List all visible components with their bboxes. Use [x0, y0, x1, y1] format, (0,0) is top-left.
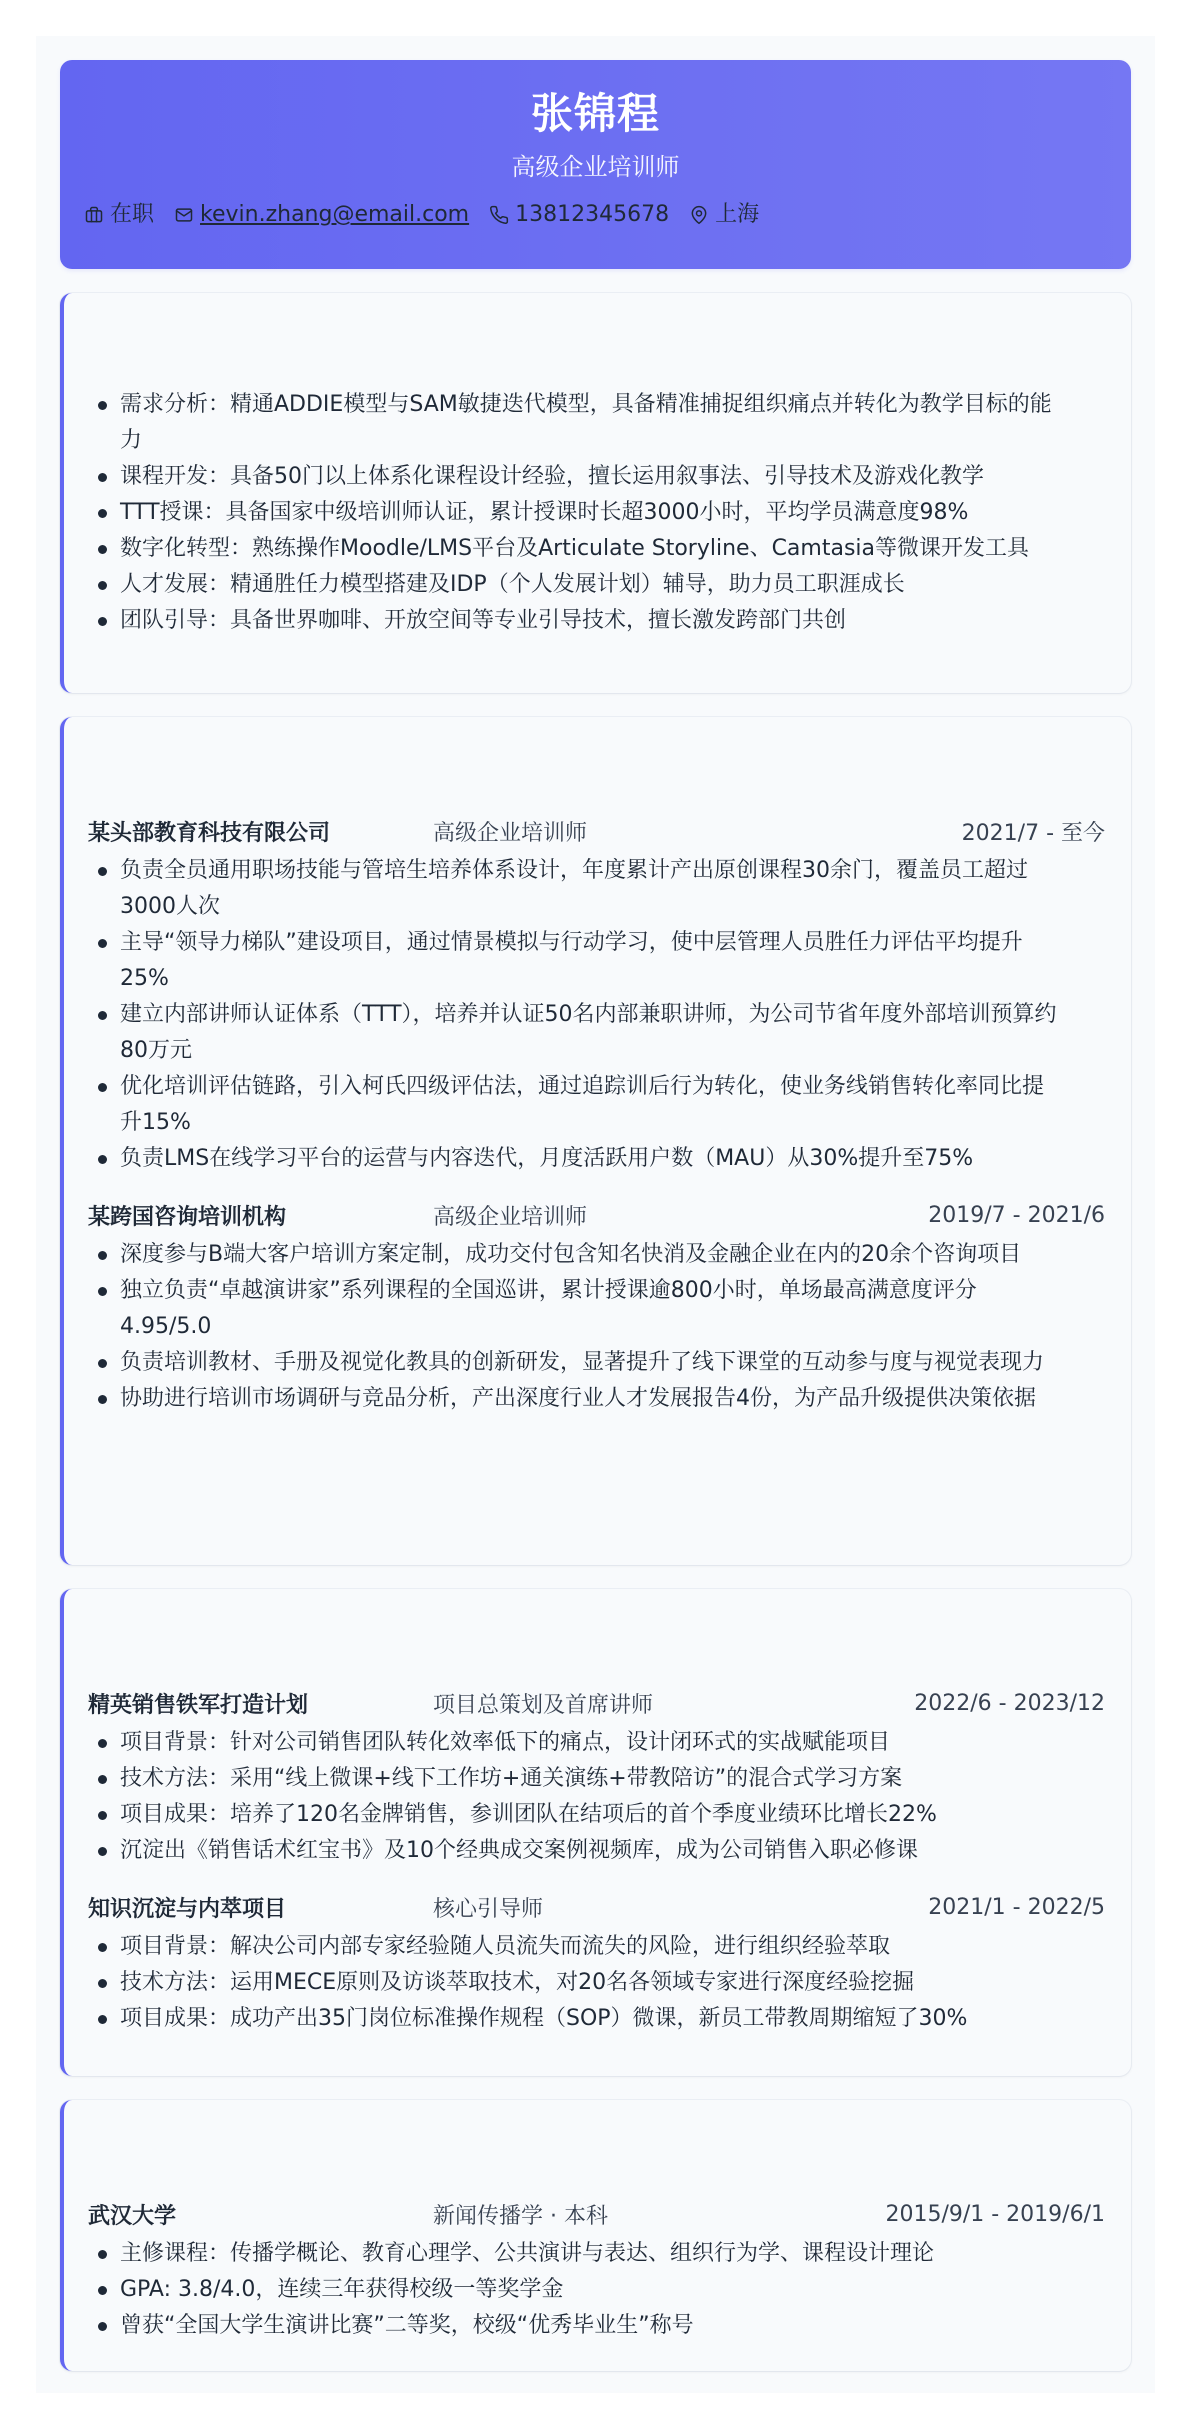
list-item: 技术方法：采用“线上微课+线下工作坊+通关演练+带教陪访”的混合式学习方案	[88, 1761, 1105, 1797]
education-section: 武汉大学 新闻传播学 · 本科 2015/9/1 - 2019/6/1 主修课程…	[60, 2100, 1131, 2371]
candidate-title: 高级企业培训师	[60, 150, 1131, 184]
education-entry: 武汉大学 新闻传播学 · 本科 2015/9/1 - 2019/6/1 主修课程…	[88, 2194, 1105, 2344]
entry-header: 武汉大学 新闻传播学 · 本科 2015/9/1 - 2019/6/1	[88, 2194, 1105, 2234]
list-item: 优化培训评估链路，引入柯氏四级评估法，通过追踪训后行为转化，使业务线销售转化率同…	[88, 1069, 1105, 1141]
list-item: 负责LMS在线学习平台的运营与内容迭代，月度活跃用户数（MAU）从30%提升至7…	[88, 1141, 1105, 1177]
company-name: 某头部教育科技有限公司	[88, 816, 433, 847]
list-item: 项目成果：成功产出35门岗位标准操作规程（SOP）微课，新员工带教周期缩短了30…	[88, 2001, 1105, 2037]
list-item: 项目成果：培养了120名金牌销售，参训团队在结项后的首个季度业绩环比增长22%	[88, 1797, 1105, 1833]
entry-header: 某跨国咨询培训机构 高级企业培训师 2019/7 - 2021/6	[88, 1195, 1105, 1235]
contact-bar: 在职 kevin.zhang@email.com 13812345678	[84, 200, 779, 230]
resume-page: 张锦程 高级企业培训师 在职 kevin.zhang@email.com	[36, 36, 1155, 2393]
experience-section: 某头部教育科技有限公司 高级企业培训师 2021/7 - 至今 负责全员通用职场…	[60, 717, 1131, 1565]
list-item: 沉淀出《销售话术红宝书》及10个经典成交案例视频库，成为公司销售入职必修课	[88, 1833, 1105, 1869]
contact-phone: 13812345678	[489, 200, 669, 230]
email-link[interactable]: kevin.zhang@email.com	[200, 200, 469, 230]
school-name: 武汉大学	[88, 2199, 433, 2230]
map-pin-icon	[689, 205, 709, 225]
briefcase-icon	[84, 205, 104, 225]
skills-section-title	[88, 293, 1105, 387]
company-name: 某跨国咨询培训机构	[88, 1200, 433, 1231]
job-period: 2021/7 - 至今	[962, 816, 1105, 847]
entry-header: 精英销售铁军打造计划 项目总策划及首席讲师 2022/6 - 2023/12	[88, 1683, 1105, 1723]
list-item: GPA: 3.8/4.0，连续三年获得校级一等奖学金	[88, 2272, 1105, 2308]
project-bullets: 项目背景：解决公司内部专家经验随人员流失而流失的风险，进行组织经验萃取 技术方法…	[88, 1929, 1105, 2037]
status-text: 在职	[110, 200, 154, 230]
experience-entry: 某跨国咨询培训机构 高级企业培训师 2019/7 - 2021/6 深度参与B端…	[88, 1195, 1105, 1417]
project-role: 项目总策划及首席讲师	[433, 1688, 914, 1719]
list-item: 负责全员通用职场技能与管培生培养体系设计，年度累计产出原创课程30余门，覆盖员工…	[88, 853, 1105, 925]
contact-location: 上海	[689, 200, 759, 230]
mail-icon	[174, 205, 194, 225]
list-item: 深度参与B端大客户培训方案定制，成功交付包含知名快消及金融企业在内的20余个咨询…	[88, 1237, 1105, 1273]
list-item: 项目背景：针对公司销售团队转化效率低下的痛点，设计闭环式的实战赋能项目	[88, 1725, 1105, 1761]
job-position: 高级企业培训师	[433, 1200, 928, 1231]
skill-item: 课程开发：具备50门以上体系化课程设计经验，擅长运用叙事法、引导技术及游戏化教学	[88, 459, 1105, 495]
project-bullets: 项目背景：针对公司销售团队转化效率低下的痛点，设计闭环式的实战赋能项目 技术方法…	[88, 1725, 1105, 1869]
entry-header: 知识沉淀与内萃项目 核心引导师 2021/1 - 2022/5	[88, 1887, 1105, 1927]
skill-item: 数字化转型：熟练操作Moodle/LMS平台及Articulate Storyl…	[88, 531, 1105, 567]
entry-header: 某头部教育科技有限公司 高级企业培训师 2021/7 - 至今	[88, 811, 1105, 851]
education-period: 2015/9/1 - 2019/6/1	[885, 2202, 1105, 2227]
experience-section-title	[88, 717, 1105, 811]
experience-bullets: 负责全员通用职场技能与管培生培养体系设计，年度累计产出原创课程30余门，覆盖员工…	[88, 853, 1105, 1177]
contact-status: 在职	[84, 200, 154, 230]
projects-section-title	[88, 1589, 1105, 1683]
project-name: 知识沉淀与内萃项目	[88, 1892, 433, 1923]
experience-bullets: 深度参与B端大客户培训方案定制，成功交付包含知名快消及金融企业在内的20余个咨询…	[88, 1237, 1105, 1417]
list-item: 负责培训教材、手册及视觉化教具的创新研发，显著提升了线下课堂的互动参与度与视觉表…	[88, 1345, 1105, 1381]
job-period: 2019/7 - 2021/6	[928, 1203, 1105, 1228]
location-text: 上海	[715, 200, 759, 230]
skill-item: 人才发展：精通胜任力模型搭建及IDP（个人发展计划）辅导，助力员工职涯成长	[88, 567, 1105, 603]
list-item: 技术方法：运用MECE原则及访谈萃取技术，对20名各领域专家进行深度经验挖掘	[88, 1965, 1105, 2001]
contact-email: kevin.zhang@email.com	[174, 200, 469, 230]
skill-item: TTT授课：具备国家中级培训师认证，累计授课时长超3000小时，平均学员满意度9…	[88, 495, 1105, 531]
education-section-title	[88, 2100, 1105, 2194]
list-item: 建立内部讲师认证体系（TTT），培养并认证50名内部兼职讲师，为公司节省年度外部…	[88, 997, 1105, 1069]
list-item: 协助进行培训市场调研与竞品分析，产出深度行业人才发展报告4份，为产品升级提供决策…	[88, 1381, 1105, 1417]
project-name: 精英销售铁军打造计划	[88, 1688, 433, 1719]
list-item: 项目背景：解决公司内部专家经验随人员流失而流失的风险，进行组织经验萃取	[88, 1929, 1105, 1965]
education-bullets: 主修课程：传播学概论、教育心理学、公共演讲与表达、组织行为学、课程设计理论 GP…	[88, 2236, 1105, 2344]
list-item: 独立负责“卓越演讲家”系列课程的全国巡讲，累计授课逾800小时，单场最高满意度评…	[88, 1273, 1105, 1345]
project-period: 2021/1 - 2022/5	[928, 1895, 1105, 1920]
experience-entry: 某头部教育科技有限公司 高级企业培训师 2021/7 - 至今 负责全员通用职场…	[88, 811, 1105, 1177]
project-entry: 知识沉淀与内萃项目 核心引导师 2021/1 - 2022/5 项目背景：解决公…	[88, 1887, 1105, 2037]
skills-list: 需求分析：精通ADDIE模型与SAM敏捷迭代模型，具备精准捕捉组织痛点并转化为教…	[88, 387, 1105, 639]
project-period: 2022/6 - 2023/12	[914, 1691, 1105, 1716]
skill-item: 需求分析：精通ADDIE模型与SAM敏捷迭代模型，具备精准捕捉组织痛点并转化为教…	[88, 387, 1105, 459]
phone-text: 13812345678	[515, 200, 669, 230]
job-position: 高级企业培训师	[433, 816, 962, 847]
list-item: 主导“领导力梯队”建设项目，通过情景模拟与行动学习，使中层管理人员胜任力评估平均…	[88, 925, 1105, 997]
project-entry: 精英销售铁军打造计划 项目总策划及首席讲师 2022/6 - 2023/12 项…	[88, 1683, 1105, 1869]
skill-item: 团队引导：具备世界咖啡、开放空间等专业引导技术，擅长激发跨部门共创	[88, 603, 1105, 639]
degree-major: 新闻传播学 · 本科	[433, 2199, 885, 2230]
candidate-name: 张锦程	[60, 86, 1131, 142]
list-item: 曾获“全国大学生演讲比赛”二等奖，校级“优秀毕业生”称号	[88, 2308, 1105, 2344]
list-item: 主修课程：传播学概论、教育心理学、公共演讲与表达、组织行为学、课程设计理论	[88, 2236, 1105, 2272]
phone-icon	[489, 205, 509, 225]
projects-section: 精英销售铁军打造计划 项目总策划及首席讲师 2022/6 - 2023/12 项…	[60, 1589, 1131, 2076]
resume-header: 张锦程 高级企业培训师 在职 kevin.zhang@email.com	[60, 60, 1131, 269]
project-role: 核心引导师	[433, 1892, 928, 1923]
skills-section: 需求分析：精通ADDIE模型与SAM敏捷迭代模型，具备精准捕捉组织痛点并转化为教…	[60, 293, 1131, 693]
